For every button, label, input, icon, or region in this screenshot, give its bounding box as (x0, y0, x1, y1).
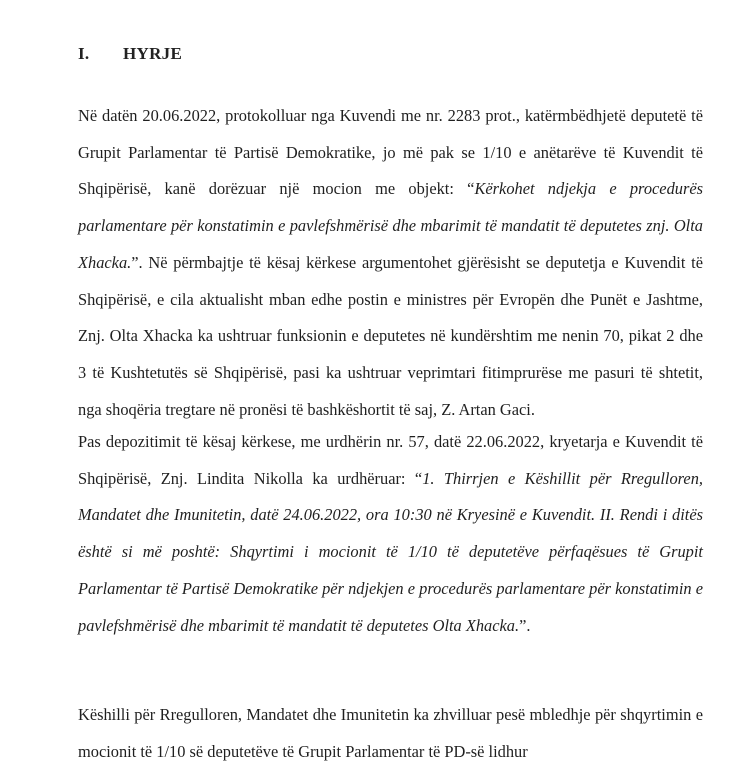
paragraph-motion-submission: Në datën 20.06.2022, protokolluar nga Ku… (78, 98, 703, 428)
quoted-order: 1. Thirrjen e Këshillit për Rregulloren,… (78, 469, 703, 635)
paragraph-speaker-order: Pas depozitimit të kësaj kërkese, me urd… (78, 424, 703, 644)
text-segment: ”. Në përmbajtje të kësaj kërkese argume… (78, 253, 703, 419)
text-segment: Këshilli për Rregulloren, Mandatet dhe I… (78, 705, 703, 761)
section-heading: I.HYRJE (78, 44, 182, 64)
paragraph-council-meetings: Këshilli për Rregulloren, Mandatet dhe I… (78, 697, 703, 767)
section-number: I. (78, 44, 123, 64)
text-segment: ”. (519, 616, 530, 635)
section-title: HYRJE (123, 44, 182, 63)
document-page: I.HYRJE Në datën 20.06.2022, protokollua… (0, 0, 738, 767)
